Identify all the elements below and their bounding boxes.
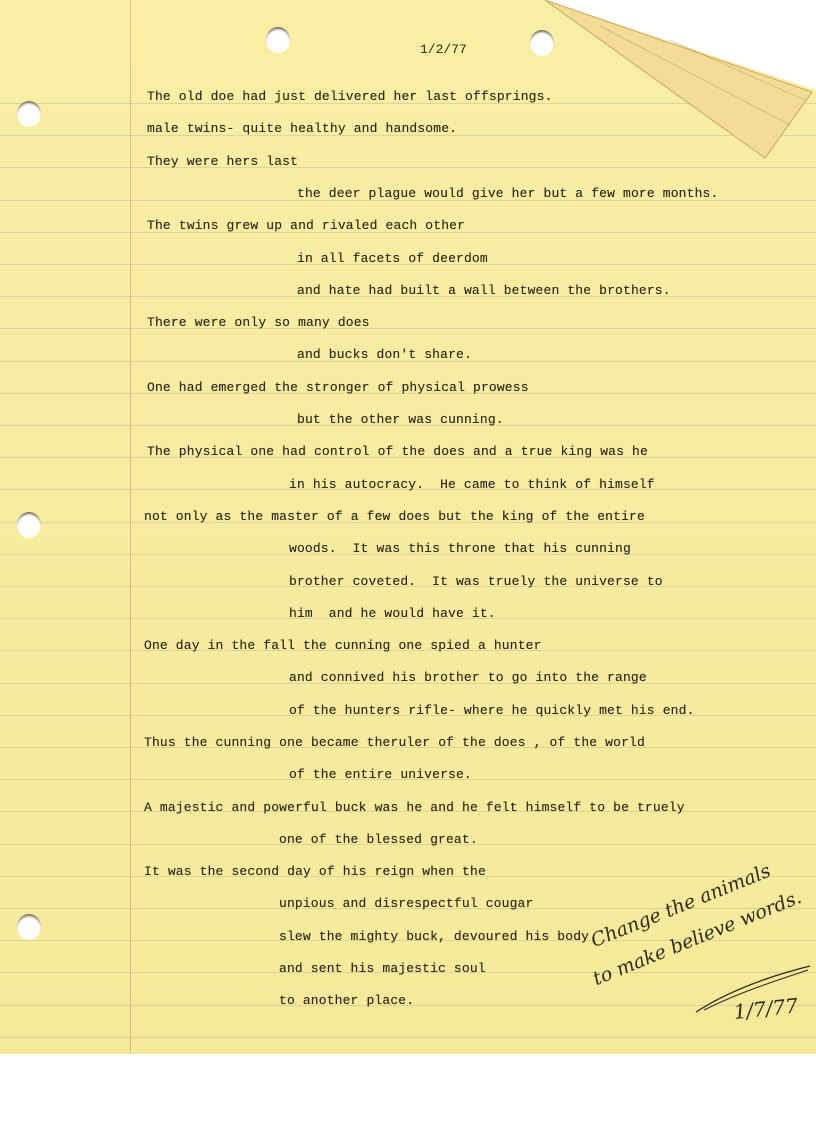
margin-line bbox=[130, 0, 131, 1054]
typed-line: They were hers last bbox=[147, 154, 298, 169]
typed-line: One day in the fall the cunning one spie… bbox=[144, 638, 542, 653]
typed-line: The old doe had just delivered her last … bbox=[147, 89, 553, 104]
typed-line: male twins- quite healthy and handsome. bbox=[147, 121, 457, 136]
punch-hole bbox=[17, 512, 41, 538]
typed-line: woods. It was this throne that his cunni… bbox=[289, 541, 631, 556]
typed-line: slew the mighty buck, devoured his body bbox=[279, 929, 589, 944]
typed-line: but the other was cunning. bbox=[297, 412, 504, 427]
yellow-legal-paper: 1/2/77 The old doe had just delivered he… bbox=[0, 0, 816, 1056]
typed-line: of the entire universe. bbox=[289, 767, 472, 782]
typed-line: and sent his majestic soul bbox=[279, 961, 486, 976]
typed-line: The twins grew up and rivaled each other bbox=[147, 218, 465, 233]
punch-hole bbox=[17, 101, 41, 127]
typed-line: One had emerged the stronger of physical… bbox=[147, 380, 529, 395]
ruled-line bbox=[0, 1037, 816, 1038]
typed-line: in all facets of deerdom bbox=[297, 251, 488, 266]
typed-line: and bucks don't share. bbox=[297, 347, 472, 362]
typed-line: The physical one had control of the does… bbox=[147, 444, 648, 459]
typed-line: one of the blessed great. bbox=[279, 832, 478, 847]
typed-line: unpious and disrespectful cougar bbox=[279, 896, 533, 911]
punch-hole bbox=[530, 30, 554, 56]
typed-line: brother coveted. It was truely the unive… bbox=[289, 574, 663, 589]
typed-line: in his autocracy. He came to think of hi… bbox=[289, 477, 655, 492]
punch-hole bbox=[266, 27, 290, 53]
typed-line: and connived his brother to go into the … bbox=[289, 670, 647, 685]
typed-line: to another place. bbox=[279, 993, 414, 1008]
typed-line: the deer plague would give her but a few… bbox=[297, 186, 718, 201]
document-date: 1/2/77 bbox=[420, 42, 467, 57]
punch-hole bbox=[17, 914, 41, 940]
typed-line: A majestic and powerful buck was he and … bbox=[144, 800, 685, 815]
typed-line: him and he would have it. bbox=[289, 606, 496, 621]
ruled-line bbox=[0, 167, 816, 168]
typed-line: and hate had built a wall between the br… bbox=[297, 283, 671, 298]
typed-line: of the hunters rifle- where he quickly m… bbox=[289, 703, 695, 718]
ruled-line bbox=[0, 328, 816, 329]
typed-line: It was the second day of his reign when … bbox=[144, 864, 486, 879]
handwritten-underline-stroke bbox=[690, 960, 816, 1020]
typed-line: not only as the master of a few does but… bbox=[144, 509, 645, 524]
typed-line: Thus the cunning one became theruler of … bbox=[144, 735, 645, 750]
typed-line: There were only so many does bbox=[147, 315, 370, 330]
